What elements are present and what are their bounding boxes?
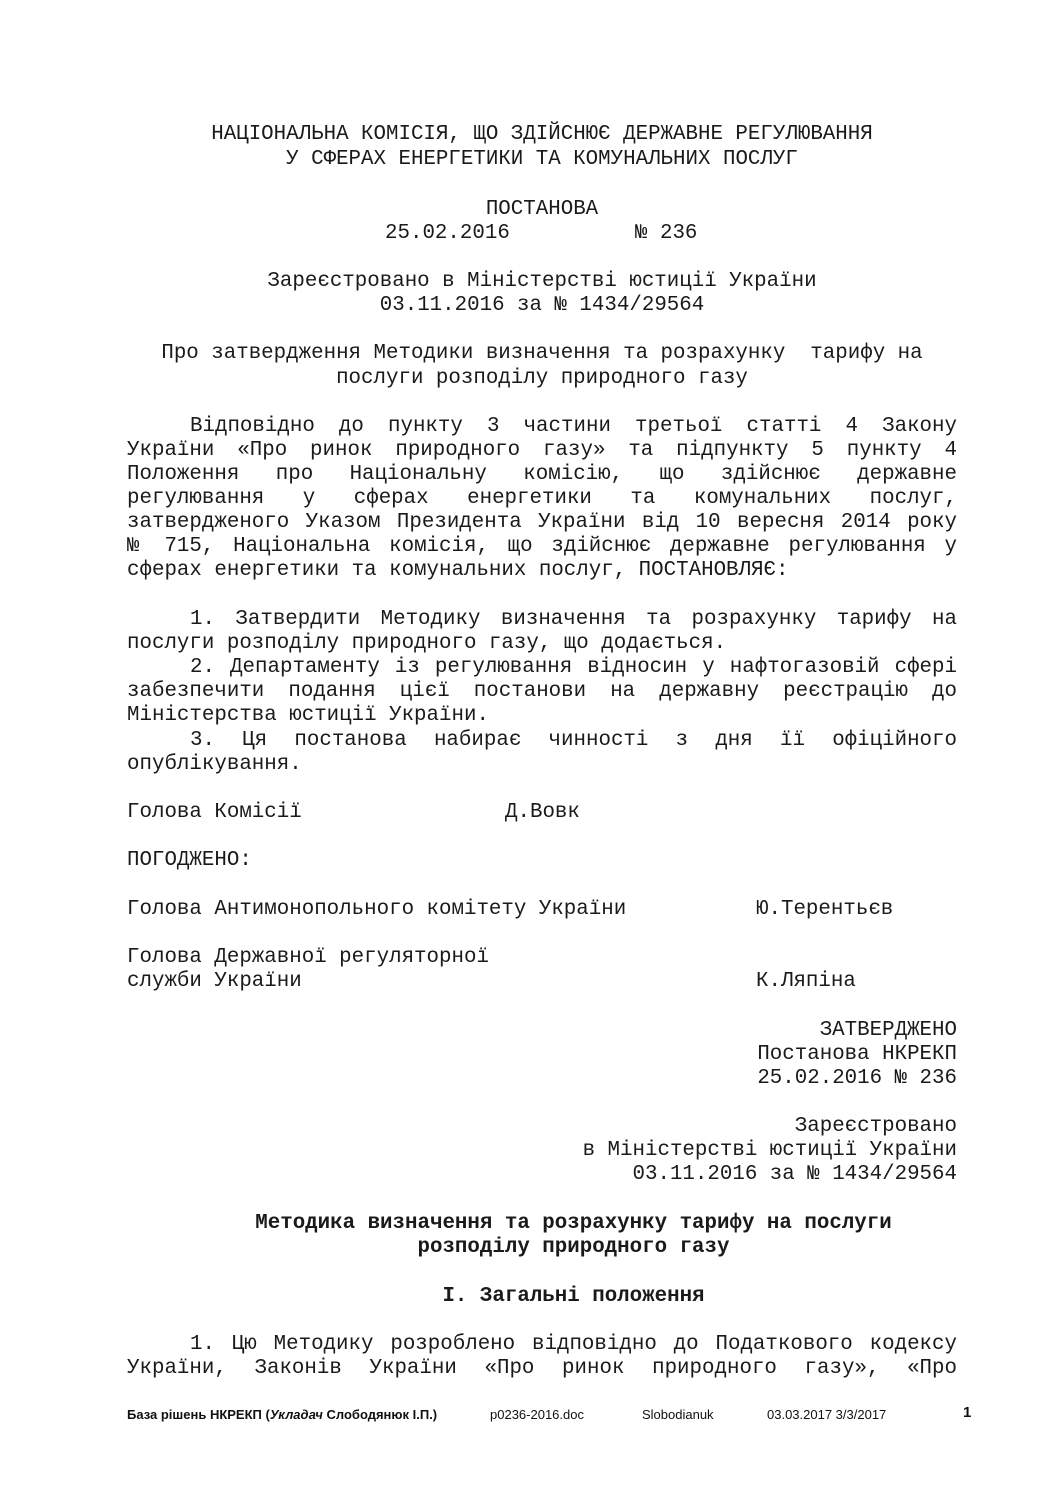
registered-in: в Міністерстві юстиції України <box>127 1139 957 1163</box>
doc-title-line2: послуги розподілу природного газу <box>127 367 957 391</box>
registered-date: 03.11.2016 за № 1434/29564 <box>127 1163 957 1187</box>
footer-compiler-label: Укладач <box>270 1407 323 1422</box>
drs-name: К.Ляпіна <box>756 970 856 994</box>
approved-by: Постанова НКРЕКП <box>127 1043 957 1067</box>
item-2-line: 2. Департаменту із регулювання відносин … <box>190 656 957 680</box>
preamble-last-line: сферах енергетики та комунальних послуг,… <box>127 559 957 583</box>
preamble-line: Положення про Національну комісію, що зд… <box>127 463 957 487</box>
preamble-line: Відповідно до пункту 3 частини третьої с… <box>190 415 957 439</box>
preamble-line: № 715, Національна комісія, що здійснює … <box>127 535 957 559</box>
drs-title-line1: Голова Державної регуляторної <box>127 946 489 970</box>
footer-source: База рішень НКРЕКП (Укладач Слободянюк І… <box>127 1407 437 1423</box>
approved-date: 25.02.2016 № 236 <box>127 1067 957 1091</box>
footer-source-bold: База рішень НКРЕКП ( <box>127 1407 270 1422</box>
preamble-line: затвердженого Указом Президента України … <box>127 511 957 535</box>
approved-label: ЗАТВЕРДЖЕНО <box>127 1019 957 1043</box>
footer-dates: 03.03.2017 3/3/2017 <box>767 1407 886 1423</box>
page-number: 1 <box>963 1405 971 1421</box>
footer-author: Slobodianuk <box>642 1407 714 1423</box>
item-2-line: Міністерства юстиції України. <box>127 704 957 728</box>
item-3-line: 3. Ця постанова набирає чинності з дня ї… <box>190 729 957 753</box>
registered-label: Зареєстровано <box>127 1115 957 1139</box>
preamble-line: України «Про ринок природного газу» та п… <box>127 439 957 463</box>
footer-filename: p0236-2016.doc <box>490 1407 584 1423</box>
item-2-line: забезпечити подання цієї постанови на де… <box>127 680 957 704</box>
org-name-line2: У СФЕРАХ ЕНЕРГЕТИКИ ТА КОМУНАЛЬНИХ ПОСЛУ… <box>127 148 957 172</box>
footer-compiler-name: Слободянюк І.П.) <box>323 1407 437 1422</box>
doc-number: № 236 <box>635 222 697 246</box>
section-heading: I. Загальні положення <box>190 1285 957 1309</box>
para-1-line: України, Законів України «Про ринок прир… <box>127 1357 957 1381</box>
doc-date: 25.02.2016 <box>385 222 510 246</box>
item-1-line: послуги розподілу природного газу, що до… <box>127 632 957 656</box>
item-1-line: 1. Затвердити Методику визначення та роз… <box>190 608 957 632</box>
agreed-label: ПОГОДЖЕНО: <box>127 849 252 873</box>
chair-name: Д.Вовк <box>505 801 580 825</box>
org-name-line1: НАЦІОНАЛЬНА КОМІСІЯ, ЩО ЗДІЙСНЮЄ ДЕРЖАВН… <box>127 123 957 147</box>
item-3-line: опублікування. <box>127 753 957 777</box>
preamble-line: регулювання у сферах енергетики та комун… <box>127 487 957 511</box>
para-1-line: 1. Цю Методику розроблено відповідно до … <box>190 1333 957 1357</box>
chair-title: Голова Комісії <box>127 801 302 825</box>
document-page: НАЦІОНАЛЬНА КОМІСІЯ, ЩО ЗДІЙСНЮЄ ДЕРЖАВН… <box>0 0 1058 1497</box>
methodology-title-line1: Методика визначення та розрахунку тарифу… <box>190 1212 957 1236</box>
amc-title: Голова Антимонопольного комітету України <box>127 898 626 922</box>
amc-name: Ю.Терентьєв <box>756 898 893 922</box>
drs-title-line2: служби України <box>127 970 302 994</box>
doc-type: ПОСТАНОВА <box>127 198 957 222</box>
methodology-title-line2: розподілу природного газу <box>190 1236 957 1260</box>
registration-line2: 03.11.2016 за № 1434/29564 <box>127 294 957 318</box>
registration-line1: Зареєстровано в Міністерстві юстиції Укр… <box>127 270 957 294</box>
doc-title-line1: Про затвердження Методики визначення та … <box>127 342 957 366</box>
